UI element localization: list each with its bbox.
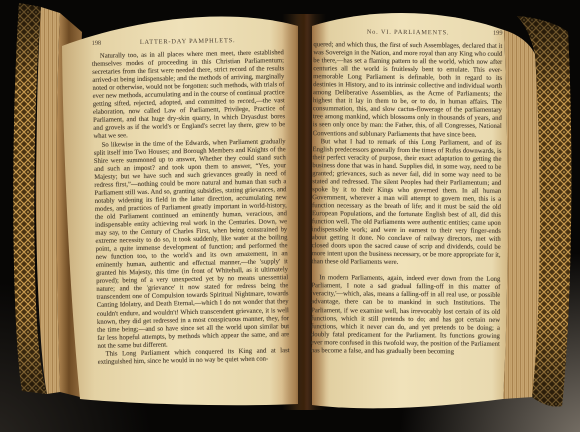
left-page-number: 198: [92, 39, 140, 47]
paragraph: So likewise in the time of the Edwards, …: [94, 138, 290, 351]
right-running-title: No. VI. PARLIAMENTS.: [367, 29, 450, 37]
paragraph: This Long Parliament which conquered its…: [98, 347, 290, 367]
paragraph: But what I had to remark of this Long Pa…: [312, 138, 502, 268]
paragraph: In modern Parliaments, again, indeed eve…: [311, 274, 501, 356]
paragraph: quered; and which thus, the first of suc…: [313, 41, 503, 139]
left-page-text: Naturally too, as in all places where me…: [92, 49, 291, 397]
left-page-edges: [36, 7, 60, 394]
left-running-title: LATTER-DAY PAMPHLETS.: [140, 37, 236, 46]
photo-background: 198 LATTER-DAY PAMPHLETS. Naturally too,…: [0, 0, 580, 432]
left-header-spacer: [235, 41, 283, 42]
right-page-edges: [503, 30, 540, 399]
right-page-text: quered; and which thus, the first of suc…: [310, 41, 502, 387]
paragraph: Naturally too, as in all places where me…: [92, 49, 286, 141]
left-page: 198 LATTER-DAY PAMPHLETS. Naturally too,…: [92, 36, 291, 400]
right-page-number: 199: [449, 29, 502, 36]
right-page: No. VI. PARLIAMENTS. 199 quered; and whi…: [310, 28, 502, 392]
right-page-header: No. VI. PARLIAMENTS. 199: [314, 28, 503, 37]
